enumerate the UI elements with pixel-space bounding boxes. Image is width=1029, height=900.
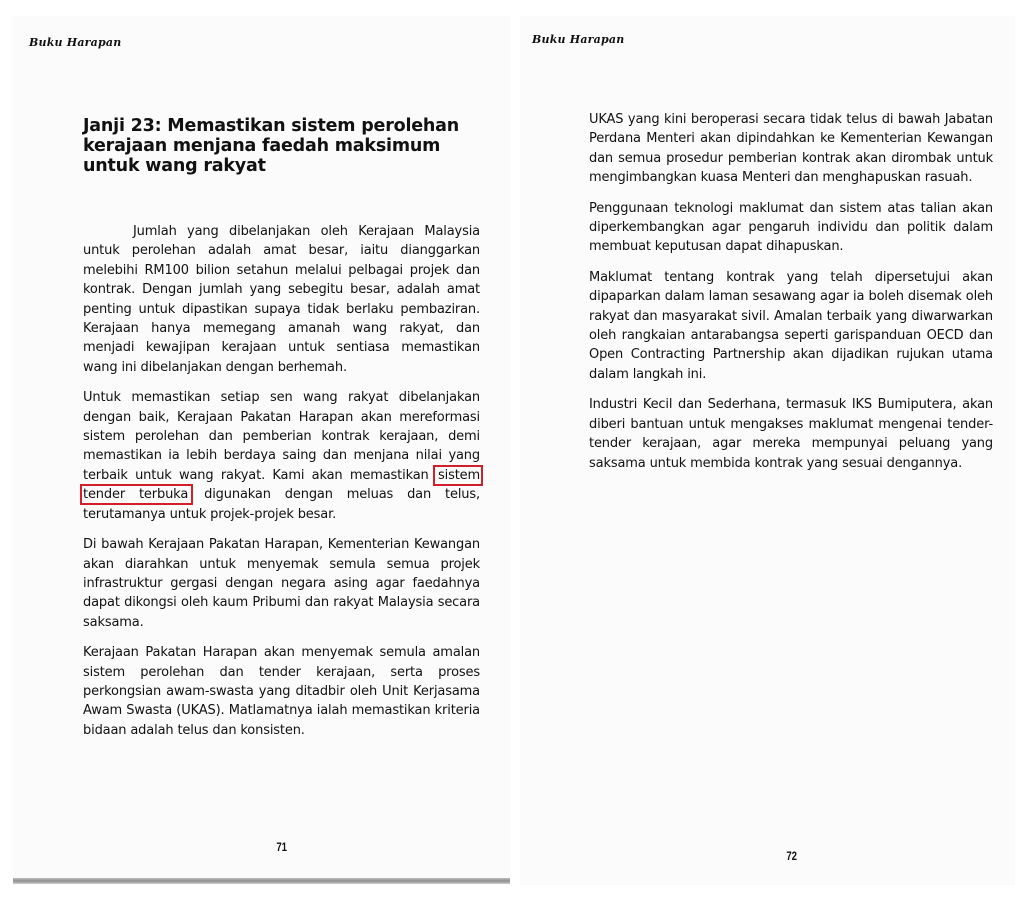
paragraph: Kerajaan Pakatan Harapan akan menyemak s… <box>83 643 480 740</box>
right-page: Buku Harapan UKAS yang kini beroperasi s… <box>520 16 1015 885</box>
body-text: UKAS yang kini beroperasi secara tidak t… <box>589 110 993 484</box>
paragraph: Penggunaan teknologi maklumat dan sistem… <box>589 199 993 257</box>
running-head: Buku Harapan <box>29 36 121 49</box>
body-text: Jumlah yang dibelanjakan oleh Kerajaan M… <box>83 222 480 751</box>
paragraph: Di bawah Kerajaan Pakatan Harapan, Kemen… <box>83 535 480 632</box>
page-shadow <box>13 878 510 884</box>
text-before-highlight: Untuk memastikan setiap sen wang rakyat … <box>83 390 480 483</box>
running-head: Buku Harapan <box>532 33 624 46</box>
chapter-title: Janji 23: Memastikan sistem perolehan ke… <box>83 116 483 176</box>
page-number: 72 <box>786 849 797 863</box>
paragraph: UKAS yang kini beroperasi secara tidak t… <box>589 110 993 188</box>
paragraph-with-highlight: Untuk memastikan setiap sen wang rakyat … <box>83 388 480 524</box>
left-page: Buku Harapan Janji 23: Memastikan sistem… <box>13 16 510 878</box>
paragraph: Jumlah yang dibelanjakan oleh Kerajaan M… <box>83 222 480 377</box>
paragraph: Industri Kecil dan Sederhana, termasuk I… <box>589 395 993 473</box>
page-number: 71 <box>276 840 287 854</box>
paragraph: Maklumat tentang kontrak yang telah dipe… <box>589 268 993 384</box>
